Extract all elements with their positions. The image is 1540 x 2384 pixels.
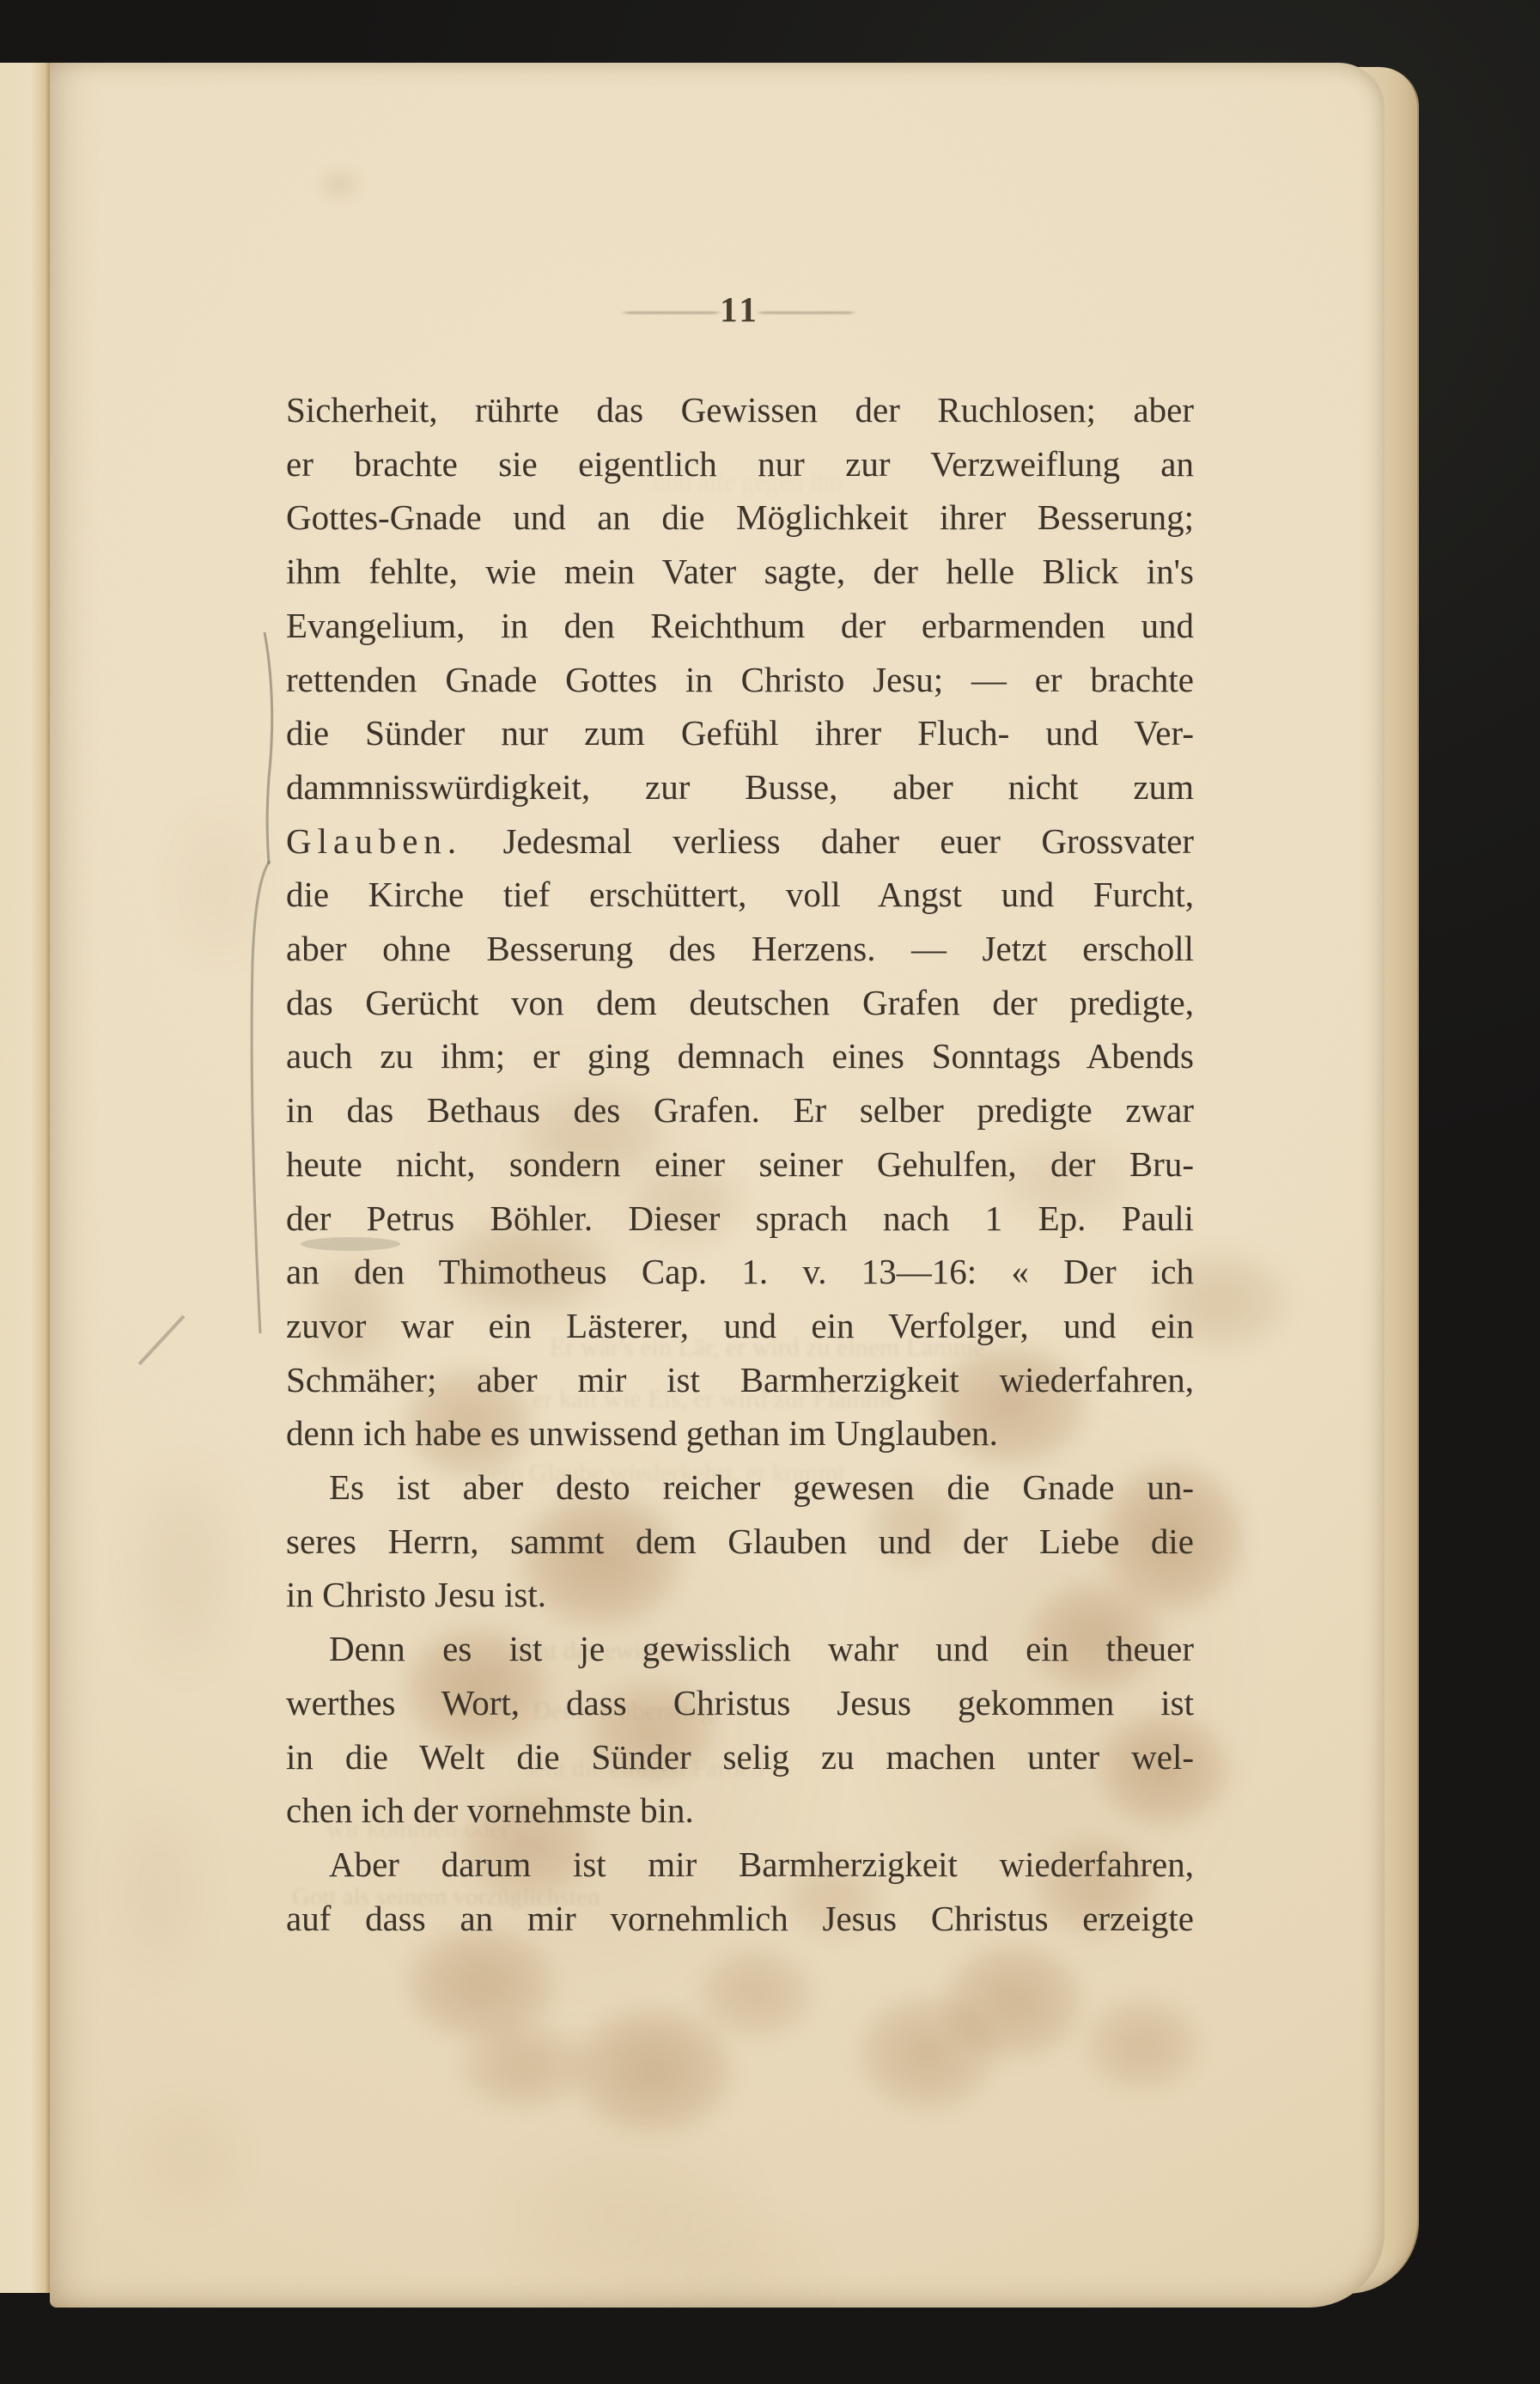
pencil-margin-line-2 (252, 861, 270, 1333)
pencil-margin-line-1 (265, 632, 272, 864)
pencil-slash-mark (139, 1316, 184, 1364)
pencil-smudge (301, 1237, 400, 1251)
pencil-margin-marks (0, 0, 1540, 2384)
scanned-book-page-photo: und alle gegen ihnEr wär's ein Lär, er w… (0, 0, 1540, 2384)
